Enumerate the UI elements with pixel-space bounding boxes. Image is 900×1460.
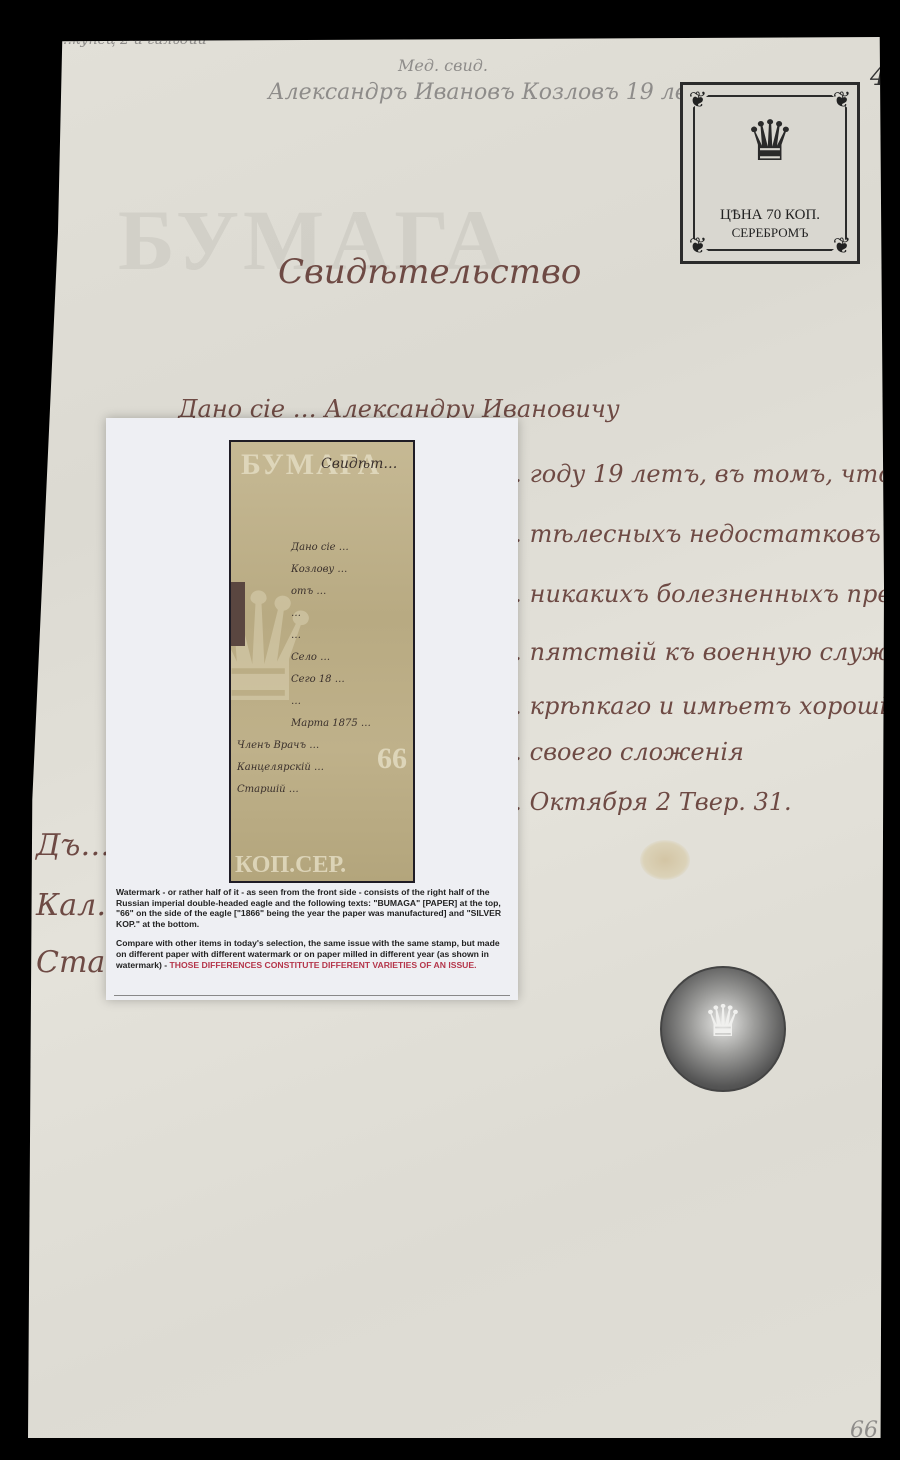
watermark-script-line: отъ … xyxy=(291,586,326,597)
caption-paragraph: Watermark - or rather half of it - as se… xyxy=(116,887,512,929)
pencil-med-note: Мед. свид. xyxy=(398,56,488,75)
watermark-script-line: Канцелярскій … xyxy=(237,762,324,773)
page-number: 4 xyxy=(870,62,887,92)
watermark-side-text: 66 xyxy=(377,742,407,776)
pencil-bottom-number: 66 xyxy=(850,1418,878,1443)
stamp-price: ЦѢНА 70 КОП. xyxy=(683,207,857,224)
body-line: … пятствій къ военную службу xyxy=(498,638,900,666)
stamp-currency: СЕРЕБРОМЪ xyxy=(683,225,857,241)
caption-highlight: THOSE DIFFERENCES CONSTITUTE DIFFERENT V… xyxy=(170,960,477,970)
watermark-script-line: Сего 18 … xyxy=(291,674,345,685)
watermark-script-heading: Свидѣт… xyxy=(321,456,397,472)
body-line: … крѣпкаго и имѣетъ хорошій xyxy=(498,692,900,720)
card-divider xyxy=(114,995,510,996)
pencil-top-note: …купец 2-й гильдии xyxy=(58,32,207,48)
watermark-script-line: … xyxy=(291,696,301,707)
ornament-icon: ❦ xyxy=(685,87,711,113)
revenue-stamp: ❦ ❦ ❦ ❦ ♛ ЦѢНА 70 КОП. СЕРЕБРОМЪ xyxy=(680,82,860,264)
watermark-script-line: … xyxy=(291,630,301,641)
double-headed-eagle-icon: ♛ xyxy=(683,111,857,171)
stamp-edge xyxy=(231,582,245,646)
body-line: … году 19 летъ, въ томъ, что xyxy=(498,460,893,488)
watermark-script-line: … xyxy=(291,608,301,619)
watermark-photo: ♛ БУМАГА 66 КОП.СЕР. Свидѣт… Дано сіе … … xyxy=(229,440,415,883)
watermark-script-line: Членъ Врачъ … xyxy=(237,740,319,751)
watermark-script-line: Село … xyxy=(291,652,330,663)
paper-stain xyxy=(640,840,690,880)
watermark-script-line: Старшій … xyxy=(237,784,299,795)
pencil-name-line: Александръ Ивановъ Козловъ 19 летъ xyxy=(268,80,723,105)
double-headed-eagle-icon: ♛ xyxy=(662,996,784,1047)
watermark-bottom-text: КОП.СЕР. xyxy=(235,852,346,879)
info-card: ♛ БУМАГА 66 КОП.СЕР. Свидѣт… Дано сіе … … xyxy=(106,418,518,1000)
body-line: … своего сложенія xyxy=(498,738,744,766)
body-line: … Октября 2 Твер. 31. xyxy=(498,788,792,816)
caption-paragraph: Compare with other items in today's sele… xyxy=(116,938,512,970)
body-line: … никакихъ болезненныхъ пре- xyxy=(498,580,900,608)
watermark-script-line: Дано сіе … xyxy=(291,542,349,553)
watermark-script-line: Козлову … xyxy=(291,564,347,575)
body-line: … тѣлесныхъ недостатковъ не xyxy=(498,520,900,548)
watermark-caption: Watermark - or rather half of it - as se… xyxy=(116,887,512,979)
seal: ♛ xyxy=(660,966,786,1092)
margin-script: Дъ… xyxy=(36,828,110,863)
document-title: Свидѣтельство xyxy=(278,252,581,292)
ornament-icon: ❦ xyxy=(829,87,855,113)
watermark-script-line: Марта 1875 … xyxy=(291,718,371,729)
